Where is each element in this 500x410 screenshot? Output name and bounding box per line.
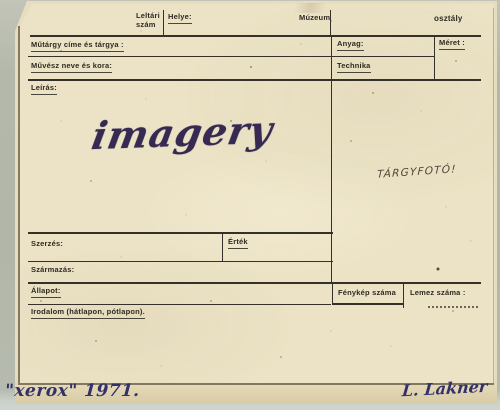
field-label-leiras: Leírás: — [31, 84, 57, 95]
rule-mutargy-bottom — [28, 56, 434, 57]
field-label-leltari-szam: Leltári szám — [136, 12, 160, 29]
paper-crease — [230, 3, 390, 13]
rule-allapot-top — [28, 282, 481, 284]
field-label-irodalom: Irodalom (hátlapon, pótlapon). — [31, 308, 145, 319]
field-label-szerzes: Szerzés: — [31, 240, 63, 249]
field-label-osztaly: osztály — [434, 15, 463, 24]
paper-specks — [0, 0, 2, 2]
field-label-anyag: Anyag: — [337, 40, 364, 51]
divider-anyag-left — [331, 37, 332, 80]
divider-fenykep-left — [332, 284, 333, 305]
field-label-muzeum: Múzeum — [299, 14, 330, 23]
rule-allapot-bottom — [28, 304, 331, 305]
handwritten-description: imagery — [89, 111, 276, 155]
field-label-fenykep-szama: Fénykép száma — [338, 289, 396, 298]
rule-szerzes-bottom — [28, 261, 333, 262]
rule-muvesz-bottom — [28, 79, 481, 81]
field-label-muvesz: Művész neve és kora: — [31, 62, 112, 73]
divider-fenykep-lemez — [403, 284, 404, 308]
rule-szerzes-top — [28, 232, 333, 234]
sheet-right-edge — [493, 8, 494, 383]
field-label-allapot: Állapot: — [31, 287, 61, 298]
scanned-card: Leltári szám Helye: Múzeum osztály Műtár… — [0, 0, 500, 410]
field-label-technika: Technika — [337, 62, 371, 73]
divider-szerzes-ertek — [222, 233, 223, 262]
divider-meret-left — [434, 37, 435, 80]
field-label-ertek: Érték — [228, 238, 248, 249]
divider-leltari-helye — [163, 10, 164, 36]
rule-fenykep-bottom — [332, 303, 403, 305]
field-label-mutargy: Műtárgy címe és tárgya : — [31, 41, 124, 52]
artist-signature: L. Lakner — [401, 379, 488, 400]
rule-lemez-bottom-dashed — [428, 306, 478, 308]
sheet-left-edge — [18, 26, 20, 383]
divider-leiras-right — [331, 81, 332, 283]
field-label-meret: Méret : — [439, 39, 465, 50]
field-label-szarmazas: Származás: — [31, 266, 74, 275]
field-label-helye: Helye: — [168, 13, 192, 24]
rule-header-bottom — [30, 35, 481, 37]
field-label-lemez-szama: Lemez száma : — [410, 289, 466, 298]
handwritten-caption: "xerox" 1971. — [4, 383, 140, 400]
